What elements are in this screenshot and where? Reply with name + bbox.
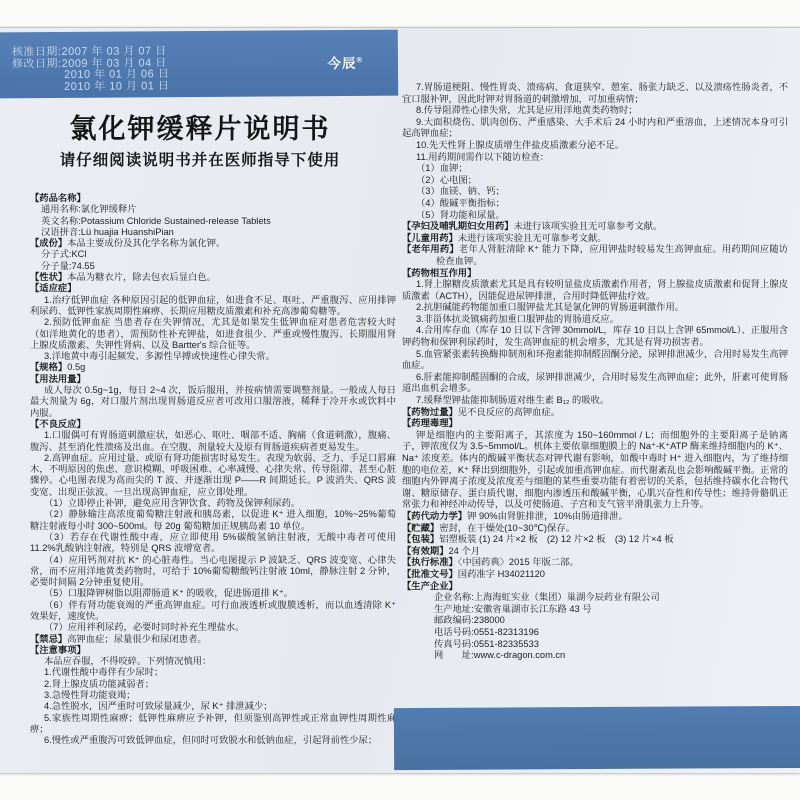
page-title: 氯化钾缓释片说明书	[18, 107, 382, 146]
footer-band	[394, 706, 800, 770]
section-label: 【适应症】	[30, 283, 77, 293]
text-block: （1）血钾；	[402, 163, 788, 175]
text-block: 生产地址:安徽省巢湖市长江东路 43 号	[402, 604, 788, 616]
text-block: 5.血管紧张素转换酶抑制剂和环孢素能抑制醛固酮分泌，尿钾排泄减少，合用时易发生高…	[402, 349, 788, 372]
text-block: 【用法用量】	[30, 374, 396, 385]
text-block: 2.肾上腺皮质功能减弱者；	[30, 679, 396, 690]
text-block: 英文名称:Potassium Chloride Sustained-releas…	[30, 216, 396, 227]
text-block: 2.预防低钾血症 当患者存在失钾情况，尤其是如果发生低钾血症对患者危害较大时（如…	[30, 317, 396, 351]
section-label: 【规格】	[30, 362, 67, 372]
approval-dates: 核准日期:2007 年 03 月 07 日 修改日期:2009 年 03 月 0…	[12, 46, 170, 93]
section-label: 【有效期】	[402, 546, 449, 556]
text-block: 1.口服偶可有胃肠道刺激症状，如恶心、呕吐、咽部不适、胸痛（食道刺激），腹痛、腹…	[30, 430, 396, 453]
revision-date-label: 修改日期:	[12, 57, 62, 69]
text-block: （7）应用袢利尿药，必要时同时补充生理盐水。	[30, 622, 396, 633]
text-block: 分子式:KCl	[30, 249, 396, 260]
text-block: 1.代谢性酸中毒伴有少尿时；	[30, 667, 396, 678]
text-block: 【注意事项】	[30, 645, 396, 656]
left-column: 【药品名称】通用名称:氯化钾缓释片英文名称:Potassium Chloride…	[30, 193, 396, 747]
text-block: 【药物过量】见不良反应的高钾血症。	[402, 407, 788, 419]
section-label: 【用法用量】	[30, 374, 86, 384]
text-block: 【药代动力学】钾 90%由肾脏排泄，10%由肠道排泄。	[402, 511, 788, 523]
text-block: 6.肝素能抑制醛固酮的合成，尿钾排泄减少，合用时易发生高钾血症；此外，肝素可使胃…	[402, 372, 788, 395]
text-block: 1.肾上腺糖皮质激素尤其是具有较明显盐皮质激素作用者，肾上腺盐皮质激素和促肾上腺…	[402, 279, 788, 302]
section-label: 【性状】	[30, 272, 67, 282]
paper-bottom-edge	[0, 773, 800, 774]
text-block: 3.洋地黄中毒引起频发、多源性早搏或快速性心律失常。	[30, 351, 396, 362]
text-block: 4.急性脱水，因严重时可致尿量减少，尿 K⁺ 排泄减少；	[30, 701, 396, 712]
text-block: 【老年用药】老年人肾脏清除 K⁺ 能力下降，应用钾盐时较易发生高钾血症。用药期间…	[402, 244, 788, 267]
section-label: 【禁忌】	[30, 634, 67, 644]
text-block: 2.高钾血症。应用过量、或原有肾功能损害时易发生。表现为软弱、乏力、手足口唇麻木…	[30, 453, 396, 498]
text-block: （5）肾功能和尿量。	[402, 210, 788, 222]
text-block: 【适应症】	[30, 283, 396, 294]
text-block: （2）心电图；	[402, 175, 788, 187]
text-block: 通用名称:氯化钾缓释片	[30, 204, 396, 215]
section-label: 【药物相互作用】	[402, 268, 476, 278]
text-block: 3.非甾体抗炎镇痛药加重口服钾盐的胃肠道反应。	[402, 314, 788, 326]
text-block: 【成份】本品主要成份及其化学名称为氯化钾。	[30, 238, 396, 249]
text-block: 【儿童用药】未进行该项实验且无可靠参考文献。	[402, 233, 788, 245]
text-block: 成人每次 0.5g~1g，每日 2~4 次，饭后服用，并按病情需要调整剂量。一般…	[30, 385, 396, 419]
text-block: 2.抗胆碱能药物能加重口服钾盐尤其是氯化钾的胃肠道刺激作用。	[402, 302, 788, 314]
approval-date-label: 核准日期:	[12, 46, 62, 58]
text-block: 11.用药期间需作以下随访检查：	[402, 152, 788, 164]
text-block: （2）静脉输注高浓度葡萄糖注射液和胰岛素，以促进 K⁺ 进入细胞，10%~25%…	[30, 509, 396, 532]
text-block: 企业名称:上海海虹实业（集团）巢湖今辰药业有限公司	[402, 592, 788, 604]
text-block: 【贮藏】密封，在干燥处(10~30℃)保存。	[402, 523, 788, 535]
section-label: 【老年用药】	[402, 244, 459, 254]
text-block: （4）应用钙剂对抗 K⁺ 的心脏毒性。当心电图提示 P 波缺乏、QRS 波变宽、…	[30, 555, 396, 589]
text-block: 【药物相互作用】	[402, 268, 788, 280]
text-block: 3.急慢性肾功能衰竭；	[30, 690, 396, 701]
text-block: 7.胃肠道梗阻、慢性胃炎、溃疡病、食道狭窄、憩室、肠张力缺乏、以及溃疡性肠炎者，…	[402, 82, 788, 105]
notice-subtitle: 请仔细阅读说明书并在医师指导下使用	[18, 148, 382, 170]
text-block: 1.治疗低钾血症 各种原因引起的低钾血症，如进食不足、呕吐、严重腹泻、应用排钾利…	[30, 295, 396, 318]
text-block: 7.缓释型钾盐能抑制肠道对维生素 B₁₂ 的吸收。	[402, 395, 788, 407]
header-band: 核准日期:2007 年 03 月 07 日 修改日期:2009 年 03 月 0…	[0, 30, 398, 99]
text-block: （1）立即停止补钾，避免应用含钾饮食、药物及保钾利尿药。	[30, 498, 396, 509]
package-insert-scan: 核准日期:2007 年 03 月 07 日 修改日期:2009 年 03 月 0…	[0, 27, 800, 774]
text-block: 5.家族性周期性麻痹；低钾性麻痹应予补钾，但须鉴别高钾性或正常血钾性周期性麻痹；	[30, 713, 396, 736]
section-label: 【药代动力学】	[402, 511, 467, 521]
text-block: 钾是细胞内的主要阳离子，其浓度为 150~160mmol / L；而细胞外的主要…	[402, 430, 788, 511]
text-block: 【禁忌】高钾血症；尿量很少和尿闭患者。	[30, 634, 396, 645]
section-label: 【孕妇及哺乳期妇女用药】	[402, 221, 514, 231]
text-block: 本品应吞服，不得咬碎。下列情况慎用：	[30, 656, 396, 667]
text-block: 传真号码:0551-82335533	[402, 639, 788, 651]
brand-logo: 今辰®	[327, 52, 362, 72]
text-block: 【包装】铝塑板装 (1) 24 片×2 板 (2) 12 片×2 板 (3) 1…	[402, 534, 788, 546]
text-block: 【规格】0.5g	[30, 362, 396, 373]
text-block: （3）若存在代谢性酸中毒，应立即使用 5%碳酸氢钠注射液，无酸中毒者可使用 11…	[30, 532, 396, 555]
section-label: 【药品名称】	[30, 193, 86, 203]
section-label: 【注意事项】	[30, 645, 86, 655]
right-column: 7.胃肠道梗阻、慢性胃炎、溃疡病、食道狭窄、憩室、肠张力缺乏、以及溃疡性肠炎者，…	[402, 82, 788, 662]
section-label: 【药物过量】	[402, 407, 458, 417]
section-label: 【成份】	[30, 238, 67, 248]
text-block: 邮政编码:238000	[402, 615, 788, 627]
text-block: 9.大面积烧伤、肌肉创伤、严重感染、大手术后 24 小时内和严重溶血，上述情况本…	[402, 117, 788, 140]
section-label: 【不良反应】	[30, 419, 86, 429]
section-label: 【批准文号】	[402, 569, 458, 579]
text-block: 【不良反应】	[30, 419, 396, 430]
section-label: 【生产企业】	[402, 581, 458, 591]
text-block: 【孕妇及哺乳期妇女用药】未进行该项实验且无可靠参考文献。	[402, 221, 788, 233]
text-block: 汉语拼音:Lü huajia HuanshiPian	[30, 227, 396, 238]
text-block: 网 址:www.c-dragon.com.cn	[402, 650, 788, 662]
text-block: 8.传导阻滞性心律失常，尤其是应用洋地黄类药物时；	[402, 105, 788, 117]
section-label: 【贮藏】	[402, 523, 439, 533]
text-block: 【执行标准】〈中国药典〉2015 年版二部。	[402, 557, 788, 569]
paper-top-edge	[0, 27, 800, 28]
section-label: 【执行标准】	[402, 557, 458, 567]
text-block: 4.合用库存血（库存 10 日以下含钾 30mmol/L，库存 10 日以上含钾…	[402, 325, 788, 348]
registered-trademark-icon: ®	[356, 55, 362, 64]
text-block: 【有效期】24 个月	[402, 546, 788, 558]
text-block: 电话号码:0551-82313196	[402, 627, 788, 639]
section-label: 【儿童用药】	[402, 233, 458, 243]
section-label: 【药理毒理】	[402, 418, 458, 428]
text-block: 【药品名称】	[30, 193, 396, 204]
text-block: 分子量:74.55	[30, 261, 396, 272]
text-block: 10.先天性肾上腺皮质增生伴盐皮质激素分泌不足。	[402, 140, 788, 152]
text-block: 【批准文号】国药准字 H34021120	[402, 569, 788, 581]
text-block: 【生产企业】	[402, 581, 788, 593]
text-block: （6）伴有肾功能衰竭的严重高钾血症。可行血液透析或腹膜透析，而以血透清除 K⁺ …	[30, 600, 396, 623]
revision-date-line: 2010 年 10 月 01 日	[12, 81, 169, 94]
text-block: 【药理毒理】	[402, 418, 788, 430]
text-block: 【性状】本品为糖衣片，除去包衣后显白色。	[30, 272, 396, 283]
text-block: （4）酸碱平衡指标；	[402, 198, 788, 210]
text-block: （5）口服降钾树脂以阻滞肠道 K⁺ 的吸收，促进肠道排 K⁺。	[30, 588, 396, 599]
section-label: 【包装】	[402, 534, 439, 544]
text-block: （3）血镁、钠、钙；	[402, 186, 788, 198]
text-block: 6.慢性或严重腹泻可致低钾血症，但同时可致脱水和低钠血症，引起肾前性少尿；	[30, 735, 396, 746]
